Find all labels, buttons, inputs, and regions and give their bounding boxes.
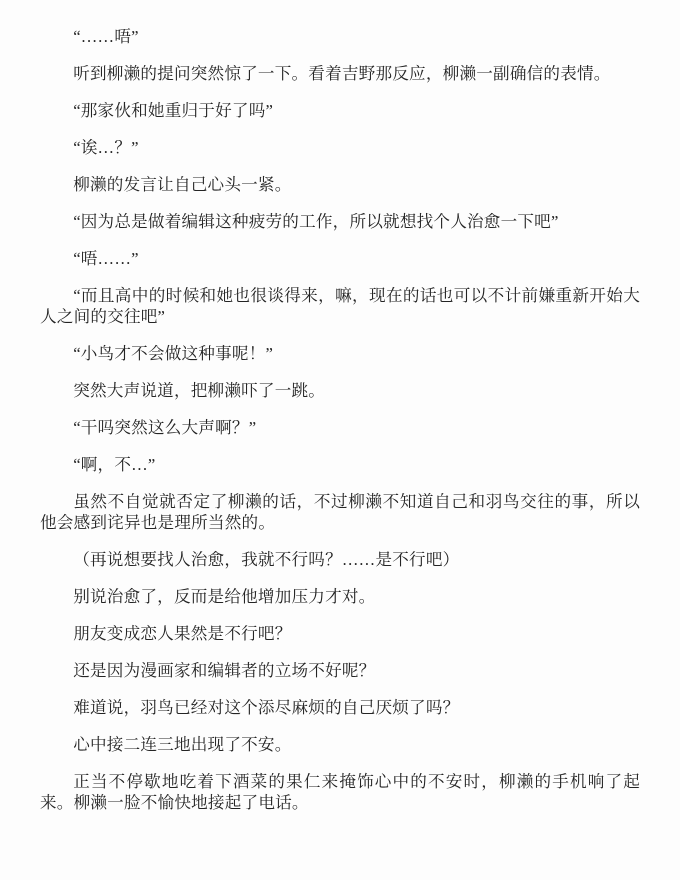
paragraph: “……唔” xyxy=(40,26,640,47)
paragraph: “小鸟才不会做这种事呢！” xyxy=(40,343,640,364)
document-page: “……唔” 听到柳濑的提问突然惊了一下。看着吉野那反应，柳濑一副确信的表情。 “… xyxy=(0,0,680,880)
paragraph: “干吗突然这么大声啊？” xyxy=(40,417,640,438)
paragraph: 朋友变成恋人果然是不行吧？ xyxy=(40,623,640,644)
paragraph: （再说想要找人治愈，我就不行吗？……是不行吧） xyxy=(40,549,640,570)
paragraph: “唔……” xyxy=(40,248,640,269)
paragraph: 难道说，羽鸟已经对这个添尽麻烦的自己厌烦了吗？ xyxy=(40,697,640,718)
paragraph: 心中接二连三地出现了不安。 xyxy=(40,734,640,755)
paragraph: “啊，不…” xyxy=(40,454,640,475)
paragraph: 柳濑的发言让自己心头一紧。 xyxy=(40,174,640,195)
paragraph: 虽然不自觉就否定了柳濑的话，不过柳濑不知道自己和羽鸟交往的事，所以他会感到诧异也… xyxy=(40,491,640,533)
paragraph: 别说治愈了，反而是给他增加压力才对。 xyxy=(40,586,640,607)
paragraph: 听到柳濑的提问突然惊了一下。看着吉野那反应，柳濑一副确信的表情。 xyxy=(40,63,640,84)
paragraph: 还是因为漫画家和编辑者的立场不好呢？ xyxy=(40,660,640,681)
paragraph: “诶…？” xyxy=(40,137,640,158)
paragraph: “那家伙和她重归于好了吗” xyxy=(40,100,640,121)
paragraph: 突然大声说道，把柳濑吓了一跳。 xyxy=(40,380,640,401)
paragraph: “而且高中的时候和她也很谈得来，嘛，现在的话也可以不计前嫌重新开始大人之间的交往… xyxy=(40,285,640,327)
paragraph: 正当不停歇地吃着下酒菜的果仁来掩饰心中的不安时，柳濑的手机响了起来。柳濑一脸不愉… xyxy=(40,771,640,813)
paragraph: “因为总是做着编辑这种疲劳的工作，所以就想找个人治愈一下吧” xyxy=(40,211,640,232)
